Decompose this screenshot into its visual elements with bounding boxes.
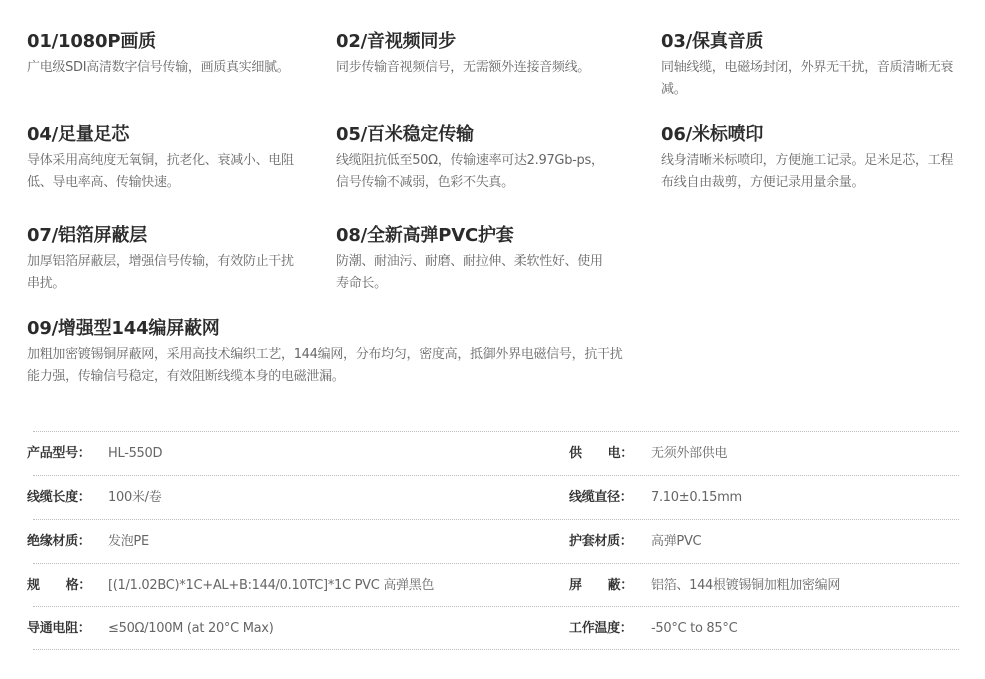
spec-label: 导通电阻： — [27, 618, 107, 640]
feature-av-sync: 02/音视频同步 同步传输音视频信号，无需额外连接音频线。 — [336, 30, 611, 79]
spec-value: 铝箔、144根镀锡铜加粗加密编网 — [651, 575, 840, 597]
feature-desc: 同轴线缆，电磁场封闭，外界无干扰，音质清晰无衰减。 — [661, 57, 956, 101]
feature-desc: 线缆阻抗低至50Ω，传输速率可达2.97Gb-ps，信号传输不减弱，色彩不失真。 — [336, 150, 611, 194]
spec-label: 屏 蔽： — [569, 575, 633, 597]
feature-title: 03/保真音质 — [661, 30, 956, 54]
spec-label: 工作温度： — [569, 618, 649, 640]
feature-title: 02/音视频同步 — [336, 30, 611, 54]
feature-144-braid: 09/增强型144编屏蔽网 加粗加密镀锡铜屏蔽网，采用高技术编织工艺，144编网… — [27, 317, 627, 388]
spec-label: 规 格： — [27, 575, 91, 597]
feature-title: 05/百米稳定传输 — [336, 123, 611, 147]
feature-title: 06/米标喷印 — [661, 123, 956, 147]
feature-title: 08/全新高弹PVC护套 — [336, 224, 611, 248]
spec-label-part: 屏 — [569, 575, 582, 597]
spec-value: [(1/1.02BC)*1C+AL+B:144/0.10TC]*1C PVC 高… — [108, 575, 434, 597]
spec-label: 绝缘材质： — [27, 531, 107, 553]
feature-foil-shield: 07/铝箔屏蔽层 加厚铝箔屏蔽层，增强信号传输，有效防止干扰串扰。 — [27, 224, 302, 295]
feature-title: 09/增强型144编屏蔽网 — [27, 317, 627, 341]
spec-value: ≤50Ω/100M (at 20°C Max) — [108, 618, 273, 640]
divider — [33, 519, 959, 520]
divider — [33, 649, 959, 650]
feature-meter-marking: 06/米标喷印 线身清晰米标喷印，方便施工记录。足米足芯，工程布线自由裁剪，方便… — [661, 123, 956, 194]
spec-label-part: 蔽： — [608, 575, 633, 597]
divider — [33, 563, 959, 564]
spec-label: 线缆直径： — [569, 487, 649, 509]
spec-label: 供 电： — [569, 443, 633, 465]
divider — [33, 606, 959, 607]
feature-title: 07/铝箔屏蔽层 — [27, 224, 302, 248]
feature-desc: 导体采用高纯度无氧铜，抗老化、衰减小、电阻低、导电率高、传输快速。 — [27, 150, 302, 194]
spec-label: 护套材质： — [569, 531, 649, 553]
spec-value: 发泡PE — [108, 531, 149, 553]
feature-full-core: 04/足量足芯 导体采用高纯度无氧铜，抗老化、衰减小、电阻低、导电率高、传输快速… — [27, 123, 302, 194]
feature-desc: 加厚铝箔屏蔽层，增强信号传输，有效防止干扰串扰。 — [27, 251, 302, 295]
feature-title: 04/足量足芯 — [27, 123, 302, 147]
spec-value: 高弹PVC — [651, 531, 701, 553]
spec-label-part: 电： — [608, 443, 633, 465]
feature-desc: 广电级SDI高清数字信号传输，画质真实细腻。 — [27, 57, 302, 79]
feature-100m-transmission: 05/百米稳定传输 线缆阻抗低至50Ω，传输速率可达2.97Gb-ps，信号传输… — [336, 123, 611, 194]
spec-value: 7.10±0.15mm — [651, 487, 742, 509]
spec-value: 无须外部供电 — [651, 443, 727, 465]
spec-value: HL-550D — [108, 443, 162, 465]
feature-title: 01/1080P画质 — [27, 30, 302, 54]
spec-label: 产品型号： — [27, 443, 107, 465]
divider — [33, 475, 959, 476]
spec-label: 线缆长度： — [27, 487, 107, 509]
spec-label-part: 格： — [66, 575, 91, 597]
feature-desc: 同步传输音视频信号，无需额外连接音频线。 — [336, 57, 611, 79]
feature-desc: 防潮、耐油污、耐磨、耐拉伸、柔软性好、使用寿命长。 — [336, 251, 611, 295]
spec-value: -50°C to 85°C — [651, 618, 737, 640]
feature-hifi-audio: 03/保真音质 同轴线缆，电磁场封闭，外界无干扰，音质清晰无衰减。 — [661, 30, 956, 101]
spec-value: 100米/卷 — [108, 487, 161, 509]
feature-pvc-jacket: 08/全新高弹PVC护套 防潮、耐油污、耐磨、耐拉伸、柔软性好、使用寿命长。 — [336, 224, 611, 295]
feature-1080p: 01/1080P画质 广电级SDI高清数字信号传输，画质真实细腻。 — [27, 30, 302, 79]
spec-label-part: 供 — [569, 443, 582, 465]
feature-desc: 线身清晰米标喷印，方便施工记录。足米足芯，工程布线自由裁剪，方便记录用量余量。 — [661, 150, 956, 194]
divider — [33, 431, 959, 432]
feature-desc: 加粗加密镀锡铜屏蔽网，采用高技术编织工艺，144编网，分布均匀，密度高，抵御外界… — [27, 344, 627, 388]
spec-label-part: 规 — [27, 575, 40, 597]
